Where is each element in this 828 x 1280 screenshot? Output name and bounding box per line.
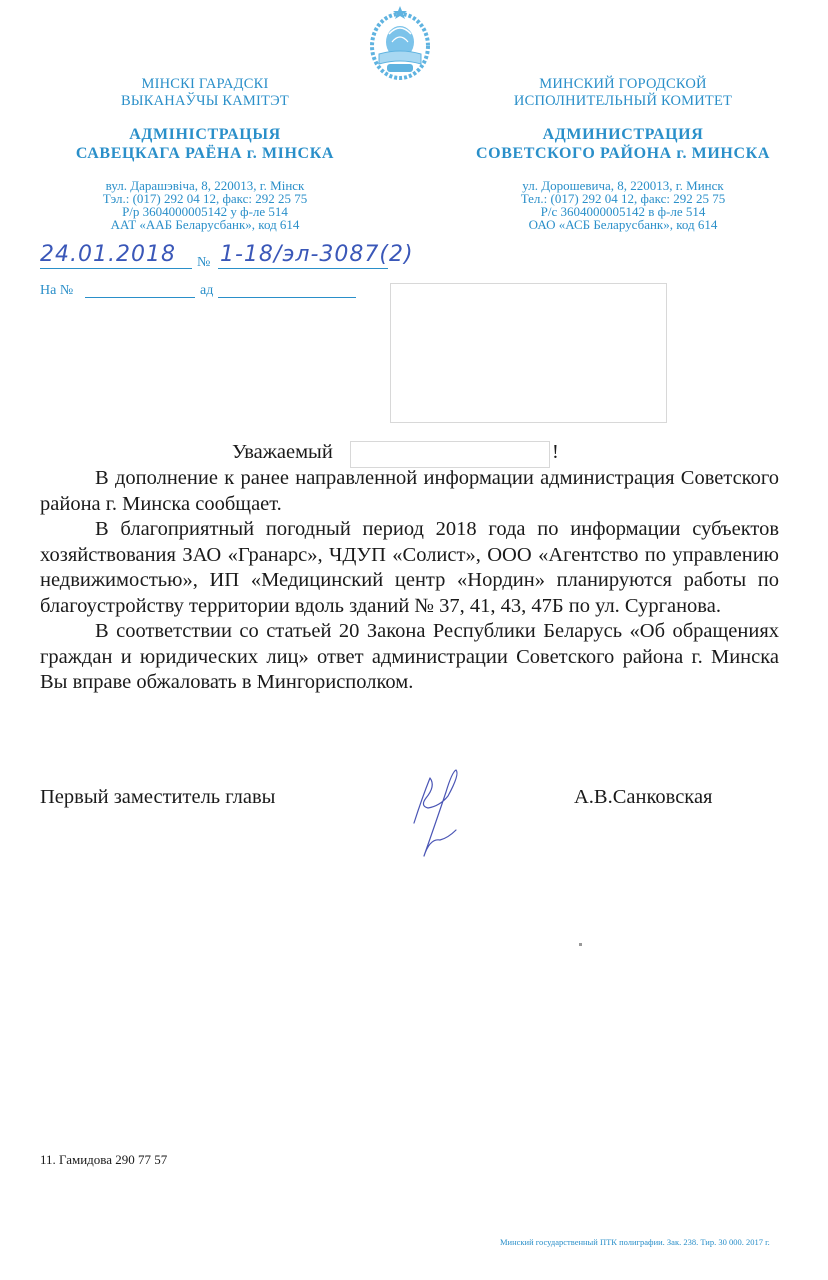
belarus-coat-of-arms-icon (367, 4, 433, 82)
greeting-prefix: Уважаемый (232, 441, 333, 463)
handwritten-signature (400, 768, 480, 860)
signatory-name: А.В.Санковская (574, 786, 712, 809)
reference-number-blank (85, 297, 195, 298)
number-label: № (197, 255, 210, 271)
organization-name: АДМІНІСТРАЦЫЯ САВЕЦКАГА РАЁНА г. МІНСКА (40, 125, 370, 163)
paragraph: В дополнение к ранее направленной информ… (40, 466, 779, 517)
letterhead-belarusian: МІНСКІ ГАРАДСКІ ВЫКАНАЎЧЫ КАМІТЭТ АДМІНІ… (40, 76, 370, 231)
executor-info: 11. Гамидова 290 77 57 (40, 1152, 167, 1168)
header-line: ВЫКАНАЎЧЫ КАМІТЭТ (40, 93, 370, 110)
organization-line: САВЕЦКАГА РАЁНА г. МІНСКА (40, 144, 370, 163)
bank-line: ААТ «ААБ Беларусбанк», код 614 (40, 218, 370, 231)
organization-line: АДМИНИСТРАЦИЯ (458, 125, 788, 144)
organization-name: АДМИНИСТРАЦИЯ СОВЕТСКОГО РАЙОНА г. МИНСК… (458, 125, 788, 163)
greeting-suffix: ! (552, 441, 559, 464)
organization-line: АДМІНІСТРАЦЫЯ (40, 125, 370, 144)
redacted-recipient-address (390, 283, 667, 423)
date-underline (40, 268, 192, 269)
reference-label: На № (40, 283, 73, 299)
signatory-title: Первый заместитель главы (40, 786, 275, 809)
bank-line: ОАО «АСБ Беларусбанк», код 614 (458, 218, 788, 231)
header-line: ИСПОЛНИТЕЛЬНЫЙ КОМИТЕТ (458, 93, 788, 110)
header-line: МІНСКІ ГАРАДСКІ (40, 76, 370, 93)
paragraph: В соответствии со статьей 20 Закона Респ… (40, 619, 779, 696)
letter-body: В дополнение к ранее направленной информ… (40, 466, 779, 696)
handwritten-date: 24.01.2018 (40, 242, 176, 267)
printer-imprint: Минский государственный ПТК полиграфии. … (500, 1237, 770, 1247)
address-block: ул. Дорошевича, 8, 220013, г. Минск Тел.… (458, 179, 788, 231)
greeting: Уважаемый (232, 441, 333, 464)
letterhead-russian: МИНСКИЙ ГОРОДСКОЙ ИСПОЛНИТЕЛЬНЫЙ КОМИТЕТ… (458, 76, 788, 231)
reference-from-label: ад (200, 283, 213, 299)
scan-speck (579, 943, 582, 946)
reference-date-blank (218, 297, 356, 298)
header-line: МИНСКИЙ ГОРОДСКОЙ (458, 76, 788, 93)
paragraph: В благоприятный погодный период 2018 год… (40, 517, 779, 619)
address-block: вул. Дарашэвіча, 8, 220013, г. Мінск Тэл… (40, 179, 370, 231)
organization-line: СОВЕТСКОГО РАЙОНА г. МИНСКА (458, 144, 788, 163)
handwritten-reg-number: 1-18/эл-3087(2) (220, 242, 414, 267)
number-underline (218, 268, 388, 269)
redacted-recipient-name (350, 441, 550, 468)
